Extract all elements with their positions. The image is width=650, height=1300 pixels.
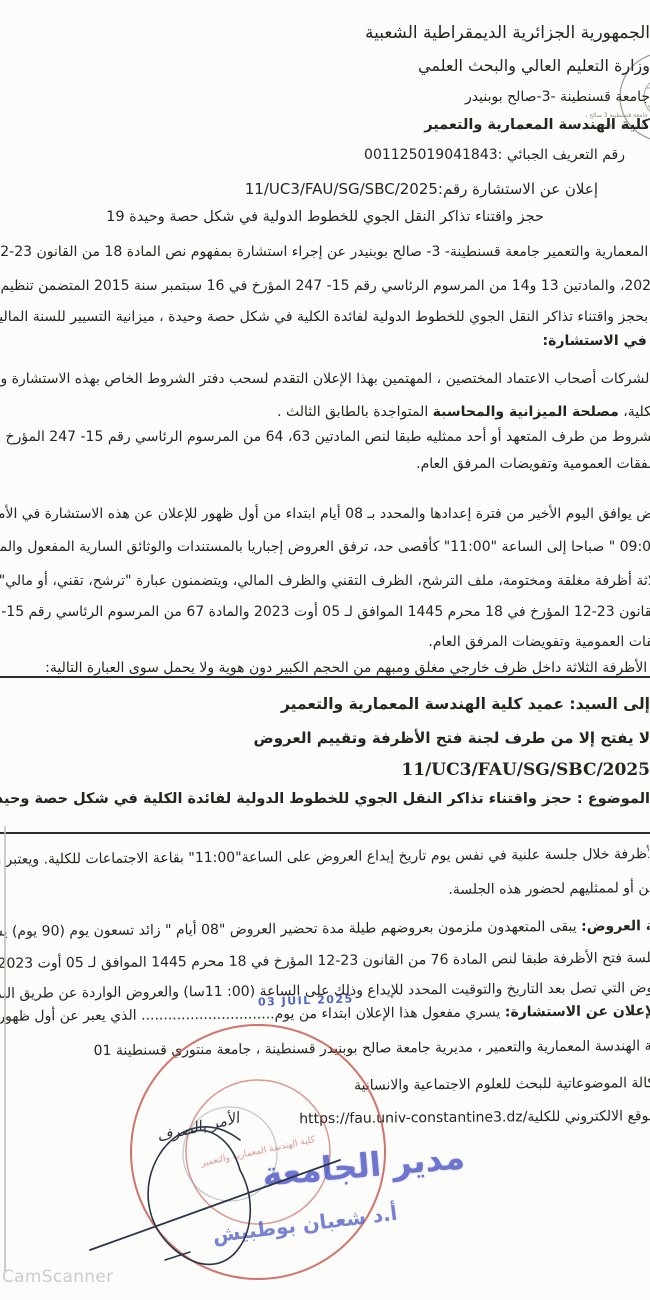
text-segment: الإعلان عن الاستشارة: xyxy=(505,1003,650,1020)
text-line: جلسة فتح الأظرفة طبقا لنص المادة 76 من ا… xyxy=(0,949,650,973)
text-line: ع الأظرفة الثلاثة داخل ظرف خارجي مغلق وم… xyxy=(0,659,650,676)
text-line: الأظرفة خلال جلسة علنية في نفس يوم تاريخ… xyxy=(0,845,650,869)
text-segment: فقات العمومية وتفويضات المرفق العام. xyxy=(428,634,650,650)
text-line: لا يفتح إلا من طرف لجنة فتح الأظرفة وتقي… xyxy=(90,728,650,748)
text-segment: 11/UC3/FAU/SG/SBC/2025 xyxy=(245,180,438,198)
text-segment: إعلان عن الاستشارة رقم: xyxy=(438,180,598,198)
text-segment: الموضوع : حجز واقتناء تذاكر النقل الجوي … xyxy=(0,791,650,807)
text-line: وض يوافق اليوم الأخير من فترة إعدادها وا… xyxy=(0,505,650,523)
signature-icon xyxy=(55,1075,385,1290)
text-segment: جلسة فتح الأظرفة طبقا لنص المادة 76 من ا… xyxy=(0,950,650,972)
text-segment: وزارة التعليم العالي والبحث العلمي xyxy=(418,56,650,75)
text-segment: ية العروض: xyxy=(581,918,650,935)
text-segment: 001125019041843 xyxy=(364,147,498,163)
text-segment: يبقى المتعهدون ملزمون بعروضهم طيلة مدة ت… xyxy=(0,919,581,941)
text-segment: ة في الاستشارة: xyxy=(543,333,650,349)
text-line: الموضوع : حجز واقتناء تذاكر النقل الجوي … xyxy=(90,789,650,809)
text-segment: كلية الهندسة المعمارية والتعمير xyxy=(424,117,650,133)
text-line: رقم التعريف الجبائي :001125019041843 xyxy=(0,144,625,166)
text-segment: ة بحجز واقتناء تذاكر النقل الجوي للخطوط … xyxy=(0,309,650,325)
text-line: 11/UC3/FAU/SG/SBC/2025 xyxy=(90,760,650,780)
text-line: فقات العمومية وتفويضات المرفق العام. xyxy=(0,633,650,651)
text-line: جامعة قسنطينة -3-صالح بوبنيدر xyxy=(0,86,650,108)
text-segment: إلى السيد: عميد كلية الهندسة المعمارية و… xyxy=(281,695,650,713)
page-edge-shadow xyxy=(4,826,6,1272)
document-header: الجمهورية الجزائرية الديمقراطية الشعبيةو… xyxy=(0,14,650,200)
text-segment: 2023، والمادتين 13 و14 من المرسوم الرئاس… xyxy=(0,278,650,294)
text-line: الجمهورية الجزائرية الديمقراطية الشعبية xyxy=(0,22,650,44)
text-segment: مصلحة الميزانية والمحاسبة xyxy=(433,404,619,420)
envelope-address-box: إلى السيد: عميد كلية الهندسة المعمارية و… xyxy=(0,676,650,834)
text-segment: ثلاثة أظرفة مغلقة ومختومة، ملف الترشح، ا… xyxy=(0,573,650,589)
text-segment: الشروط من طرف المتعهد أو أحد ممثليه طبقا… xyxy=(0,429,650,445)
text-line: ة بحجز واقتناء تذاكر النقل الجوي للخطوط … xyxy=(0,308,650,326)
text-segment: الكلية، xyxy=(619,404,650,420)
text-line: وزارة التعليم العالي والبحث العلمي xyxy=(0,55,650,77)
text-segment: صفقات العمومية وتفويضات المرفق العام. xyxy=(416,456,650,472)
text-segment: والشركات أصحاب الاعتماد المختصين ، المهت… xyxy=(0,371,650,387)
text-segment: حجز واقتناء تذاكر النقل الجوي للخطوط الد… xyxy=(106,209,544,225)
text-segment: 11/UC3/FAU/SG/SBC/2025 xyxy=(401,760,650,780)
text-segment: الأظرفة خلال جلسة علنية في نفس يوم تاريخ… xyxy=(0,846,650,868)
text-segment: الجمهورية الجزائرية الديمقراطية الشعبية xyxy=(365,23,650,43)
text-segment: جامعة قسنطينة -3-صالح بوبنيدر xyxy=(465,89,650,105)
text-segment: ة المعمارية والتعمير جامعة قسنطينة- 3- ص… xyxy=(0,244,650,260)
text-line: كلية الهندسة المعمارية والتعمير xyxy=(0,114,650,136)
text-segment: لا يفتح إلا من طرف لجنة فتح الأظرفة وتقي… xyxy=(254,729,650,747)
text-line: والشركات أصحاب الاعتماد المختصين ، المهت… xyxy=(0,370,650,388)
text-line: ية العروض: يبقى المتعهدون ملزمون بعروضهم… xyxy=(0,917,650,941)
text-segment: رقم التعريف الجبائي : xyxy=(498,147,625,163)
text-segment: ع الأظرفة الثلاثة داخل ظرف خارجي مغلق وم… xyxy=(45,660,650,676)
text-line: إلى السيد: عميد كلية الهندسة المعمارية و… xyxy=(90,694,650,714)
text-line: الشروط من طرف المتعهد أو أحد ممثليه طبقا… xyxy=(0,428,650,446)
stamp-ring-text: الجمهورية الجزائرية الديمقراطية الشعبية … xyxy=(112,1002,118,1006)
text-line: 09:00 " صباحا إلى الساعة "11:00" كأقصى ح… xyxy=(0,538,650,556)
text-line: 2023، والمادتين 13 و14 من المرسوم الرئاس… xyxy=(0,277,650,295)
text-segment: 09:00 " صباحا إلى الساعة "11:00" كأقصى ح… xyxy=(0,539,650,555)
text-line: ة في الاستشارة: xyxy=(0,332,650,350)
text-line: حجز واقتناء تذاكر النقل الجوي للخطوط الد… xyxy=(0,208,650,226)
svg-text:الجمهورية الجزائرية الديمقراطي: الجمهورية الجزائرية الديمقراطية الشعبية … xyxy=(112,1002,118,1006)
text-segment: القانون 23-12 المؤرخ في 18 محرم 1445 الم… xyxy=(0,604,650,620)
text-line: القانون 23-12 المؤرخ في 18 محرم 1445 الم… xyxy=(0,603,650,621)
text-line: إعلان عن الاستشارة رقم:11/UC3/FAU/SG/SBC… xyxy=(0,178,598,200)
text-segment: المتواجدة بالطابق الثالث . xyxy=(277,404,433,420)
text-segment: دين أو لممثليهم لحضور هذه الجلسة. xyxy=(448,880,650,898)
text-segment: لموقع الالكتروني للكلية/ xyxy=(523,1108,650,1125)
text-line: ة المعمارية والتعمير جامعة قسنطينة- 3- ص… xyxy=(0,243,650,261)
consultation-body-upper: حجز واقتناء تذاكر النقل الجوي للخطوط الد… xyxy=(0,200,650,676)
text-line: دين أو لممثليهم لحضور هذه الجلسة. xyxy=(0,879,650,903)
text-line: ثلاثة أظرفة مغلقة ومختومة، ملف الترشح، ا… xyxy=(0,572,650,590)
scanned-document-page: UNIVERSITY OF CONSTANTINE 3 • SALAH BOUB… xyxy=(0,0,650,1300)
text-segment: وض يوافق اليوم الأخير من فترة إعدادها وا… xyxy=(0,506,650,522)
text-line: الكلية، مصلحة الميزانية والمحاسبة المتوا… xyxy=(0,403,650,421)
text-line: صفقات العمومية وتفويضات المرفق العام. xyxy=(0,455,650,473)
